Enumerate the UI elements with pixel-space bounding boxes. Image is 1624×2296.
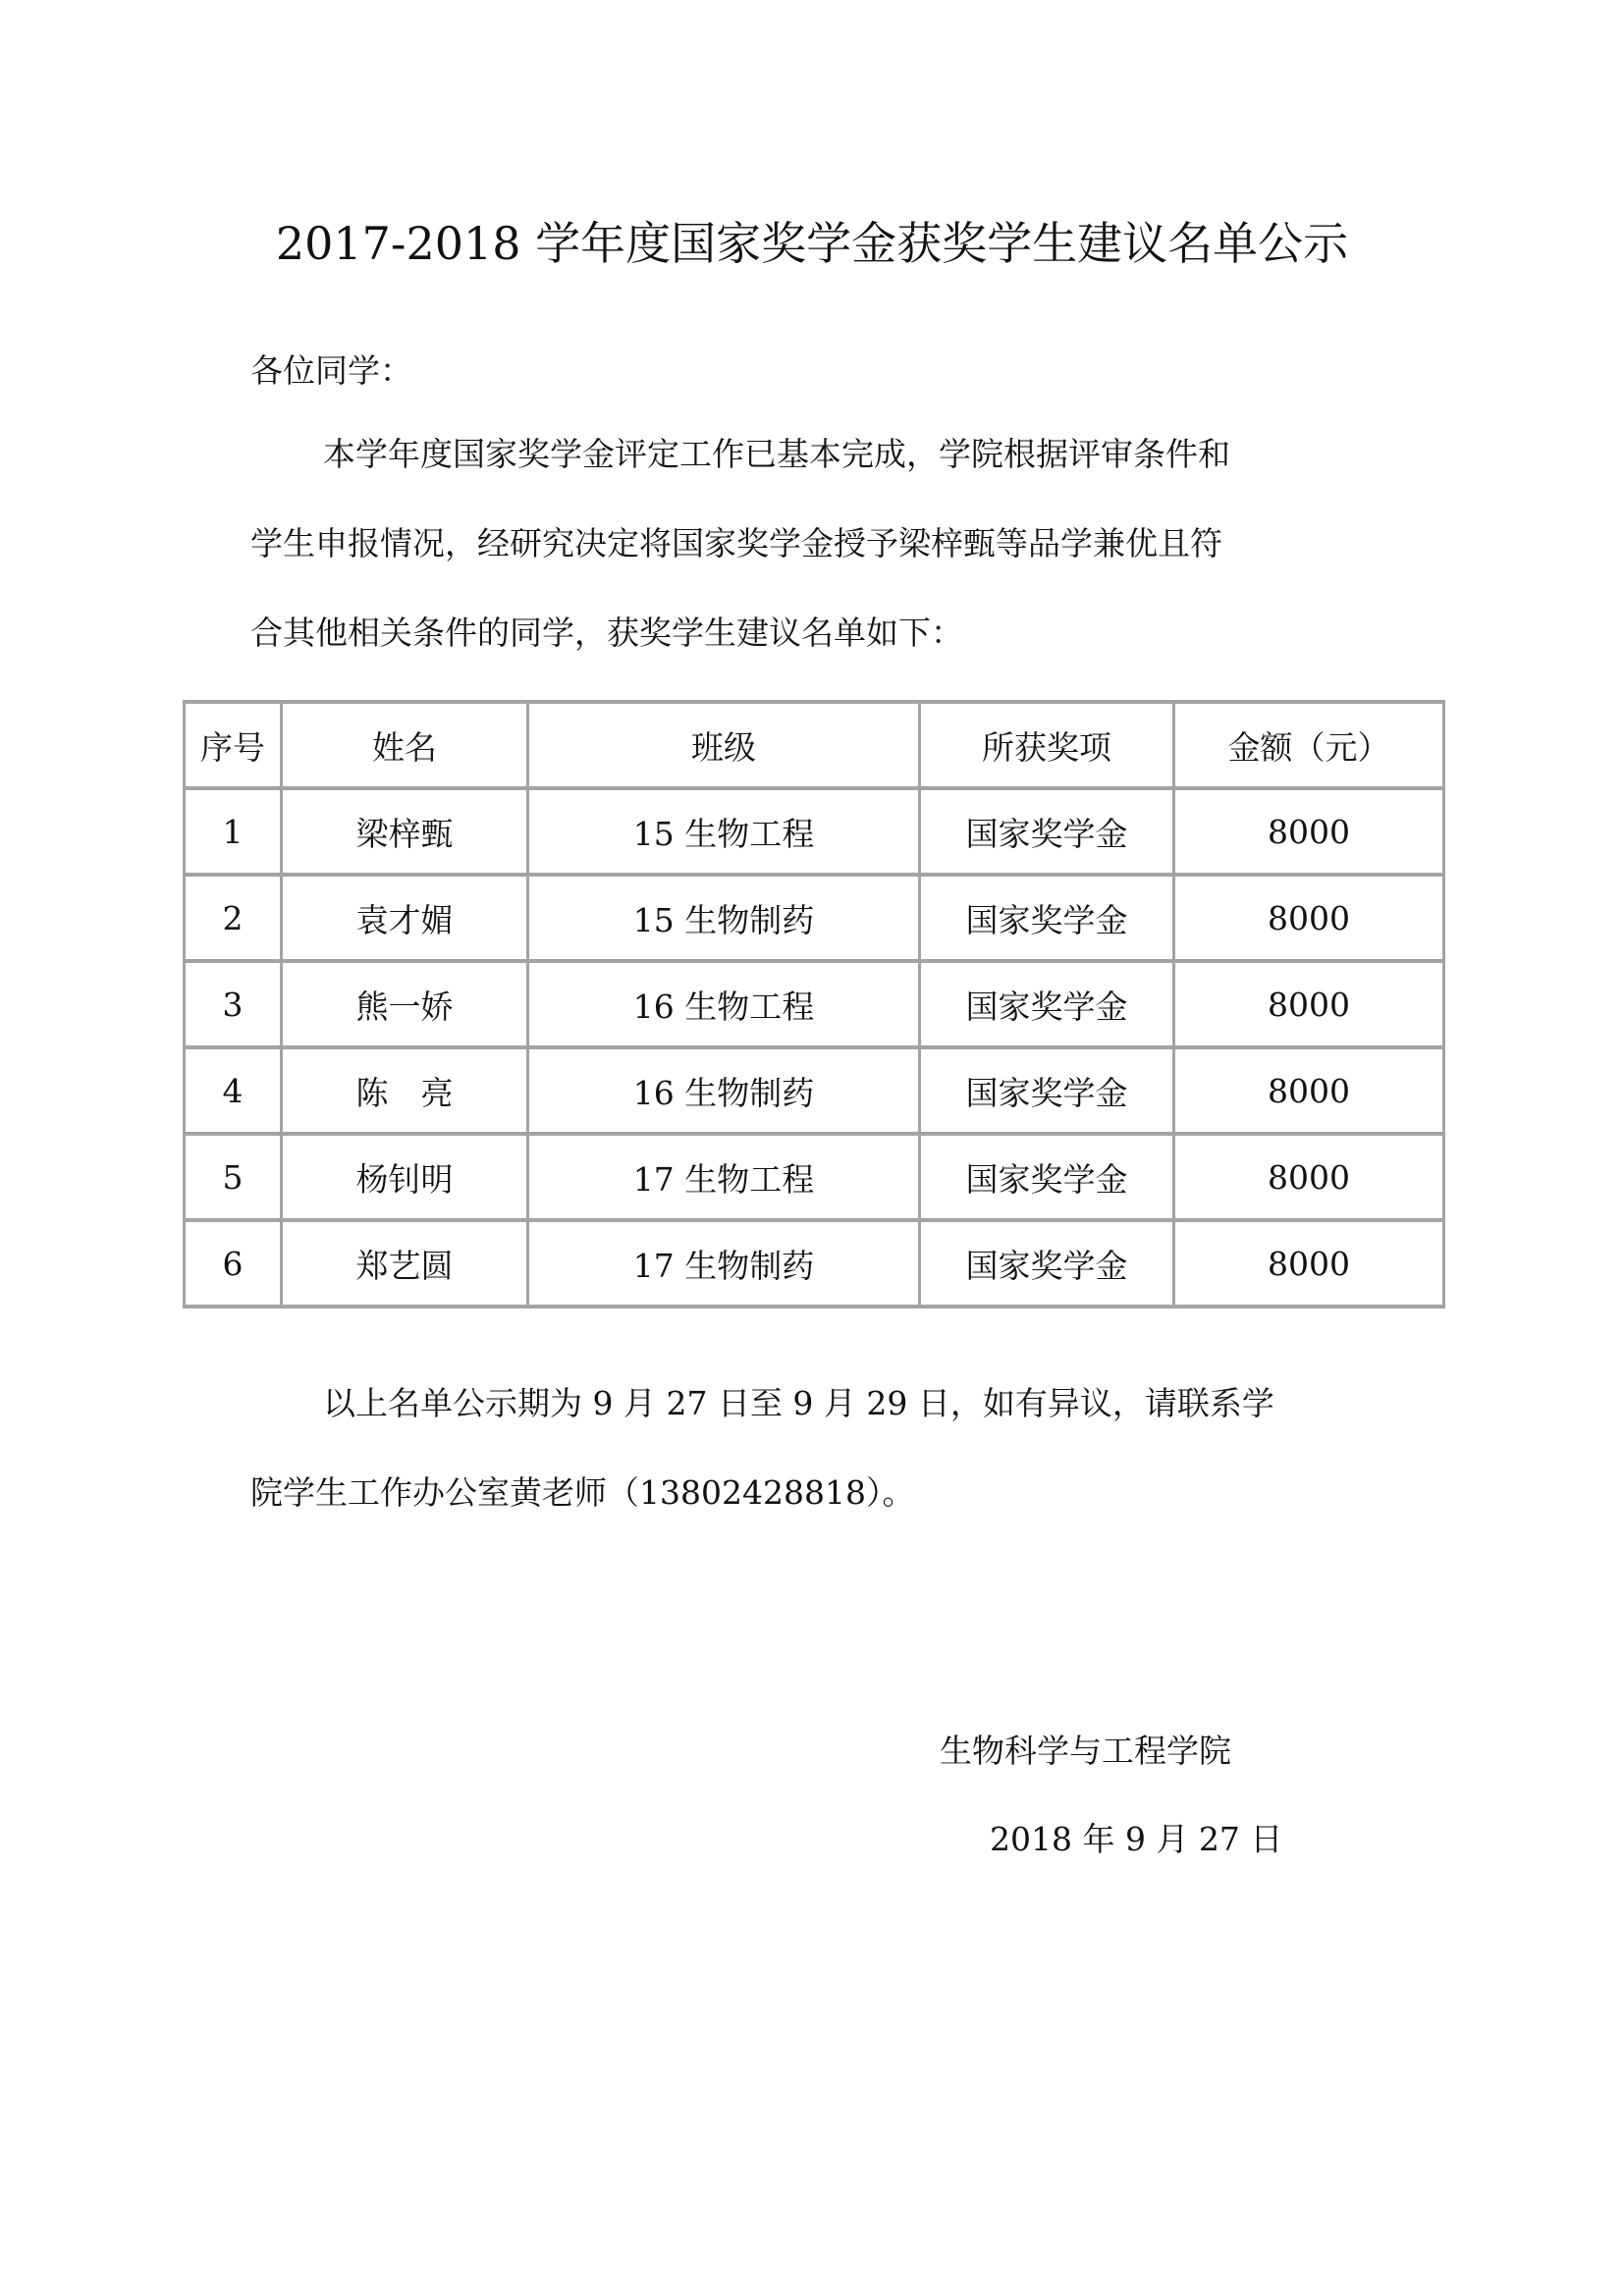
header-amount: 金额（元） (1174, 702, 1444, 788)
cell-index: 3 (185, 961, 282, 1047)
signature-date: 2018 年 9 月 27 日 (990, 1814, 1282, 1860)
cell-class: 17 生物制药 (528, 1220, 920, 1307)
table-row: 4 陈 亮 16 生物制药 国家奖学金 8000 (185, 1047, 1444, 1134)
cell-name: 袁才媚 (282, 875, 528, 961)
header-name: 姓名 (282, 702, 528, 788)
cell-award: 国家奖学金 (920, 1134, 1174, 1220)
cell-index: 1 (185, 788, 282, 875)
cell-award: 国家奖学金 (920, 961, 1174, 1047)
cell-award: 国家奖学金 (920, 1220, 1174, 1307)
cell-award: 国家奖学金 (920, 875, 1174, 961)
cell-class: 16 生物工程 (528, 961, 920, 1047)
table-row: 3 熊一娇 16 生物工程 国家奖学金 8000 (185, 961, 1444, 1047)
header-class: 班级 (528, 702, 920, 788)
table-row: 6 郑艺圆 17 生物制药 国家奖学金 8000 (185, 1220, 1444, 1307)
notice-line: 以上名单公示期为 9 月 27 日至 9 月 29 日，如有异议，请联系学 (250, 1379, 1389, 1468)
cell-award: 国家奖学金 (920, 788, 1174, 875)
cell-amount: 8000 (1174, 961, 1444, 1047)
notice-paragraph: 以上名单公示期为 9 月 27 日至 9 月 29 日，如有异议，请联系学 院学… (250, 1379, 1389, 1558)
cell-class: 15 生物工程 (528, 788, 920, 875)
cell-amount: 8000 (1174, 1220, 1444, 1307)
cell-index: 2 (185, 875, 282, 961)
greeting: 各位同学： (250, 346, 1389, 392)
cell-amount: 8000 (1174, 1047, 1444, 1134)
award-list-table: 序号 姓名 班级 所获奖项 金额（元） 1 梁梓甄 15 生物工程 国家奖学金 … (183, 700, 1445, 1308)
cell-index: 6 (185, 1220, 282, 1307)
cell-amount: 8000 (1174, 788, 1444, 875)
cell-index: 5 (185, 1134, 282, 1220)
cell-name: 杨钊明 (282, 1134, 528, 1220)
cell-award: 国家奖学金 (920, 1047, 1174, 1134)
cell-class: 15 生物制药 (528, 875, 920, 961)
cell-name: 熊一娇 (282, 961, 528, 1047)
table-header-row: 序号 姓名 班级 所获奖项 金额（元） (185, 702, 1444, 788)
header-award: 所获奖项 (920, 702, 1174, 788)
notice-line: 院学生工作办公室黄老师（13802428818）。 (250, 1468, 1389, 1558)
cell-index: 4 (185, 1047, 282, 1134)
table-row: 5 杨钊明 17 生物工程 国家奖学金 8000 (185, 1134, 1444, 1220)
cell-name: 陈 亮 (282, 1047, 528, 1134)
intro-paragraph: 本学年度国家奖学金评定工作已基本完成，学院根据评审条件和 学生申报情况，经研究决… (250, 430, 1389, 698)
signature-organization: 生物科学与工程学院 (940, 1726, 1231, 1772)
table-row: 2 袁才媚 15 生物制药 国家奖学金 8000 (185, 875, 1444, 961)
intro-line: 本学年度国家奖学金评定工作已基本完成，学院根据评审条件和 (250, 430, 1389, 519)
intro-line: 合其他相关条件的同学，获奖学生建议名单如下： (250, 609, 1389, 698)
cell-name: 梁梓甄 (282, 788, 528, 875)
cell-class: 17 生物工程 (528, 1134, 920, 1220)
header-index: 序号 (185, 702, 282, 788)
intro-line: 学生申报情况，经研究决定将国家奖学金授予梁梓甄等品学兼优且符 (250, 519, 1389, 609)
table-row: 1 梁梓甄 15 生物工程 国家奖学金 8000 (185, 788, 1444, 875)
cell-amount: 8000 (1174, 875, 1444, 961)
cell-name: 郑艺圆 (282, 1220, 528, 1307)
document-title: 2017-2018 学年度国家奖学金获奖学生建议名单公示 (0, 208, 1624, 273)
cell-amount: 8000 (1174, 1134, 1444, 1220)
cell-class: 16 生物制药 (528, 1047, 920, 1134)
